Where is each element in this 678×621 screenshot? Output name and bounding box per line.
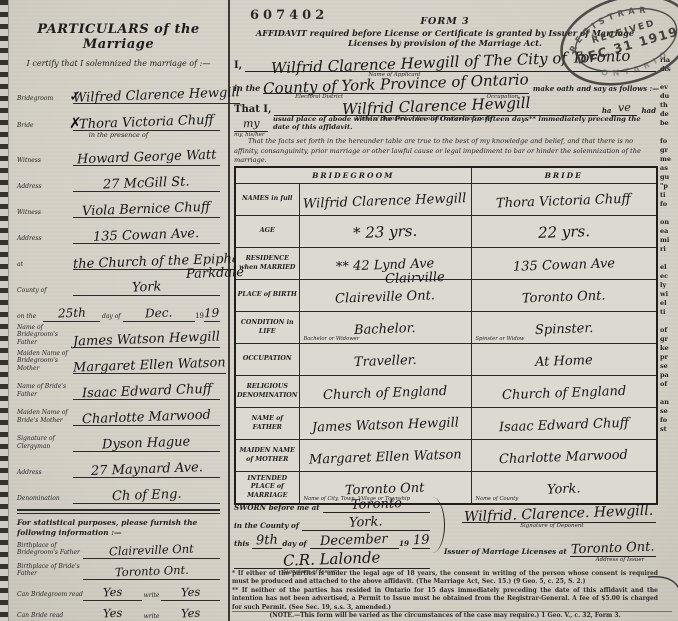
handwritten-value: Thora Victoria Chuff xyxy=(79,113,214,133)
table-row-names: NAMES in full Wilfrid Clarence Hewgill T… xyxy=(235,184,657,216)
this-label: this xyxy=(234,539,252,549)
section-divider xyxy=(17,509,220,514)
row-label: PLACE of BIRTH xyxy=(235,280,299,312)
stat-groom-literacy: Can Bridegroom read Yes write Yes xyxy=(17,580,220,601)
field-church: at the Church of the EpiphanyParkdale xyxy=(17,244,220,270)
field-address-1: Address 27 McGill St. xyxy=(17,166,220,192)
field-label: Name of Bride's Father xyxy=(17,383,73,400)
field-groom-mother: Maiden Name of Bridegroom's Mother Marga… xyxy=(17,348,220,374)
bride-column-header: BRIDE xyxy=(471,167,657,184)
table-row-birthplace: PLACE of BIRTH Claireville Ont. Toronto … xyxy=(235,280,657,312)
field-label: Signature of Clergyman xyxy=(17,435,73,452)
footnotes: * If either of the parties is under the … xyxy=(232,570,658,620)
sworn-month: December xyxy=(320,532,388,549)
stat-label: Can Bride read xyxy=(17,612,83,621)
row-label: CONDITION in LIFE xyxy=(235,312,299,344)
table-row-denomination: RELIGIOUS DENOMINATION Church of England… xyxy=(235,376,657,408)
bride-age: 22 yrs. xyxy=(537,222,590,242)
in-the-label: in the xyxy=(234,83,263,94)
field-bride-mother: Maiden Name of Bride's Mother Charlotte … xyxy=(17,400,220,426)
signature-of-deponent-sublabel: Signature of Deponent xyxy=(520,523,583,529)
handwritten-value: Viola Bernice Chuff xyxy=(82,200,211,219)
handwritten-value: Isaac Edward Chuff xyxy=(81,382,211,402)
field-denomination: Denomination Ch of Eng. xyxy=(17,478,220,504)
abode-clause: usual place of abode within the Province… xyxy=(268,115,656,132)
row-label: NAME of FATHER xyxy=(235,408,299,440)
pen-squiggle xyxy=(640,575,678,609)
facts-paragraph: That the facts set forth in the hereunde… xyxy=(234,137,656,166)
particulars-fields: Bridegroom ✓Wilfred Clarence Hewgill Bri… xyxy=(17,77,220,504)
table-row-mother: MAIDEN NAME of MOTHER Margaret Ellen Wat… xyxy=(235,440,657,472)
handwritten-value: York xyxy=(132,279,162,295)
bachelor-widower-sublabel: Bachelor or Widower xyxy=(304,336,360,342)
handwritten-value: James Watson Hewgill xyxy=(73,329,220,349)
bride-birthplace: Toronto Ont. xyxy=(522,289,606,307)
bride-name: Thora Victoria Chuff xyxy=(496,192,631,212)
handwritten-value: Wilfred Clarence Hewgill xyxy=(73,85,240,106)
sworn-section: SWORN before me at Toronto in the County… xyxy=(234,495,656,569)
bridegroom-bride-table: BRIDEGROOM BRIDE NAMES in full Wilfrid C… xyxy=(234,166,658,505)
field-label: Maiden Name of Bridegroom's Mother xyxy=(17,350,73,375)
field-address-3: Address 27 Maynard Ave. xyxy=(17,452,220,478)
table-row-condition: CONDITION in LIFE Bachelor.Bachelor or W… xyxy=(235,312,657,344)
field-date: on the 25th day of Dec. 19 19 xyxy=(17,296,220,322)
field-label: County of xyxy=(17,287,73,297)
groom-residence-note: Clairville xyxy=(385,270,445,287)
ve-handwritten: ve xyxy=(618,101,631,114)
handwritten-value: Yes xyxy=(102,584,122,599)
issuer-address: Toronto Ont. xyxy=(571,540,655,558)
groom-occupation: Traveller. xyxy=(353,353,416,370)
bottom-rule xyxy=(232,611,672,612)
field-label: Bridegroom xyxy=(17,95,73,105)
row-label: AGE xyxy=(235,216,299,248)
handwritten-value: Margaret Ellen Watson xyxy=(73,355,226,375)
particulars-title: PARTICULARS of the Marriage xyxy=(17,22,220,52)
handwritten-value: Howard George Watt xyxy=(77,148,217,168)
stat-bride-literacy: Can Bride read Yes write Yes xyxy=(17,601,220,621)
day-of-label: day of xyxy=(100,313,123,322)
row-label: MAIDEN NAME of MOTHER xyxy=(235,440,299,472)
row-label: OCCUPATION xyxy=(235,344,299,376)
field-groom-father: Name of Bridegroom's Father James Watson… xyxy=(17,322,220,348)
handwritten-month: Dec. xyxy=(145,306,173,321)
spinster-widow-sublabel: Spinster or Widow xyxy=(476,336,525,342)
field-address-2: Address 135 Cowan Ave. xyxy=(17,218,220,244)
bride-denomination: Church of England xyxy=(501,384,626,403)
field-label: Name of Bridegroom's Father xyxy=(17,324,73,349)
table-header-row: BRIDEGROOM BRIDE xyxy=(235,167,657,184)
handwritten-value: 135 Cowan Ave. xyxy=(93,226,200,245)
address-of-issuer-sublabel: Address of Issuer xyxy=(596,557,645,563)
i-label: I, xyxy=(234,60,245,72)
handwritten-value: Ch of Eng. xyxy=(111,487,181,504)
table-row-age: AGE * 23 yrs. 22 yrs. xyxy=(235,216,657,248)
stat-bride-father-birthplace: Birthplace of Bride's Father Toronto Ont… xyxy=(17,559,220,580)
field-label: Address xyxy=(17,235,73,245)
groom-mother: Margaret Ellen Watson xyxy=(308,447,461,467)
handwritten-value: Yes xyxy=(181,605,201,620)
bride-condition: Spinster. xyxy=(534,321,593,338)
issuer-at-label: Issuer of Marriage Licenses at xyxy=(444,547,570,557)
groom-name: Wilfrid Clarence Hewgill xyxy=(303,191,467,212)
handwritten-value: Toronto Ont. xyxy=(114,562,188,579)
stat-groom-father-birthplace: Birthplace of Bridegroom's Father Claire… xyxy=(17,538,220,559)
row-label: RESIDENCE when MARRIED xyxy=(235,248,299,280)
torn-binding-edge xyxy=(0,0,9,621)
particulars-panel: PARTICULARS of the Marriage I certify th… xyxy=(9,0,230,621)
field-bridegroom: Bridegroom ✓Wilfred Clarence Hewgill xyxy=(17,77,220,104)
field-clergyman-signature: Signature of Clergyman Dyson Hague xyxy=(17,426,220,452)
sworn-year: 19 xyxy=(412,533,429,549)
bridegroom-column-header: BRIDEGROOM xyxy=(235,167,471,184)
field-label: Address xyxy=(17,469,73,479)
stat-label: Can Bridegroom read xyxy=(17,591,83,601)
my-his-her-sublabel: my, his/her xyxy=(234,132,265,138)
handwritten-value: Yes xyxy=(102,605,122,620)
table-row-residence: RESIDENCE when MARRIED ** 42 Lynd AveCla… xyxy=(235,248,657,280)
year-printed: 19 xyxy=(399,539,412,549)
field-witness-1: Witness Howard George Watt xyxy=(17,140,220,166)
field-bride: Bride ✗Thora Victoria Chuff xyxy=(17,104,220,131)
issuer-signature: C.R. Lalonde xyxy=(283,548,381,569)
field-label: Witness xyxy=(17,209,73,219)
certify-line: I certify that I solemnized the marriage… xyxy=(17,59,220,68)
presence-label: in the presence of xyxy=(17,131,220,140)
handwritten-value: Claireville Ont xyxy=(109,541,194,558)
year-printed: 19 xyxy=(195,312,204,322)
bride-mother: Charlotte Marwood xyxy=(499,448,628,467)
groom-father: James Watson Hewgill xyxy=(311,415,458,435)
footnote-3: (NOTE.—This form will be varied as the c… xyxy=(232,612,658,620)
bride-residence: 135 Cowan Ave xyxy=(513,256,615,275)
row-label: RELIGIOUS DENOMINATION xyxy=(235,376,299,408)
bride-father: Isaac Edward Chuff xyxy=(499,416,629,436)
stat-label: Birthplace of Bride's Father xyxy=(17,563,83,580)
field-label: at xyxy=(17,261,73,271)
deponent-signature: Wilfrid. Clarence. Hewgill. xyxy=(464,503,654,526)
field-bride-father: Name of Bride's Father Isaac Edward Chuf… xyxy=(17,374,220,400)
handwritten-value: Charlotte Marwood xyxy=(82,408,211,427)
write-label: write xyxy=(142,592,162,601)
handwritten-value: Yes xyxy=(181,584,201,599)
clergyman-signature: Dyson Hague xyxy=(102,434,191,452)
field-label: on the xyxy=(17,313,43,323)
field-label: Witness xyxy=(17,157,73,167)
day-of-label: day of xyxy=(282,539,309,549)
affidavit-line4: my my, his/her usual place of abode with… xyxy=(234,116,656,132)
field-label: Maiden Name of Bride's Mother xyxy=(17,409,73,426)
statistics-title: For statistical purposes, please furnish… xyxy=(17,518,220,538)
sworn-line3: this 9th day of December 19 19 xyxy=(234,531,430,549)
cut-off-margin-notes: ria dis ev du th de be fo gr me as gu "p… xyxy=(660,56,678,576)
handwritten-value: 27 McGill St. xyxy=(103,174,190,192)
table-row-father: NAME of FATHER James Watson Hewgill Isaa… xyxy=(235,408,657,440)
field-witness-2: Witness Viola Bernice Chuff xyxy=(17,192,220,218)
groom-condition: Bachelor. xyxy=(354,321,416,338)
sworn-day: 9th xyxy=(256,533,278,549)
issuer-signature-line: C.R. Lalonde Signature of Issuer xyxy=(234,549,430,569)
deponent-signature-line: Wilfrid. Clarence. Hewgill. Signature of… xyxy=(462,503,656,523)
row-label: NAMES in full xyxy=(235,184,299,216)
stat-label: Birthplace of Bridegroom's Father xyxy=(17,542,83,559)
marriage-affidavit-document: PARTICULARS of the Marriage I certify th… xyxy=(0,0,678,621)
field-label: Bride xyxy=(17,122,73,132)
footnote-2: ** If neither of the parties has resided… xyxy=(232,587,658,612)
field-label: Address xyxy=(17,183,73,193)
handwritten-note: Parkdale xyxy=(185,265,243,282)
write-label: write xyxy=(142,613,162,621)
groom-age: * 23 yrs. xyxy=(353,222,418,242)
handwritten-value: 27 Maynard Ave. xyxy=(90,460,202,479)
issuer-address-line: Issuer of Marriage Licenses at Toronto O… xyxy=(444,537,656,557)
field-label: Denomination xyxy=(17,495,73,505)
handwritten-day: 25th xyxy=(57,306,85,321)
groom-birthplace: Claireville Ont. xyxy=(335,288,435,306)
table-row-occupation: OCCUPATION Traveller. At Home xyxy=(235,344,657,376)
handwritten-year: 19 xyxy=(204,306,220,321)
statistics-rows: Birthplace of Bridegroom's Father Claire… xyxy=(17,538,220,621)
groom-denomination: Church of England xyxy=(323,384,448,403)
bride-occupation: At Home xyxy=(535,353,593,370)
footnote-1: * If either of the parties is under the … xyxy=(232,570,658,587)
my-handwritten: my xyxy=(242,117,259,131)
